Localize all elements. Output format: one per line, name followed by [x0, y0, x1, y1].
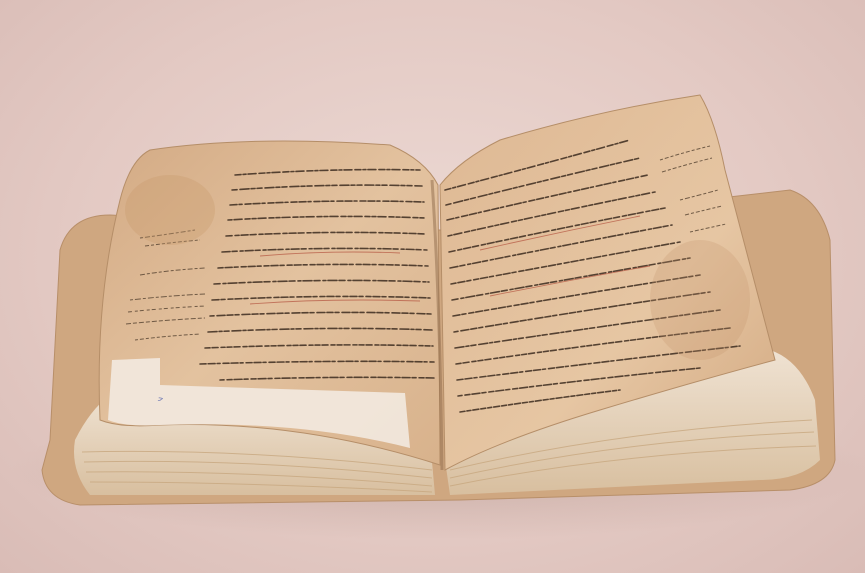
photo-scene: ﺣ — [0, 0, 865, 573]
patch-mark: ﺣ — [157, 394, 164, 404]
stain — [125, 175, 215, 245]
stain — [650, 240, 750, 360]
manuscript-illustration: ﺣ — [0, 0, 865, 573]
